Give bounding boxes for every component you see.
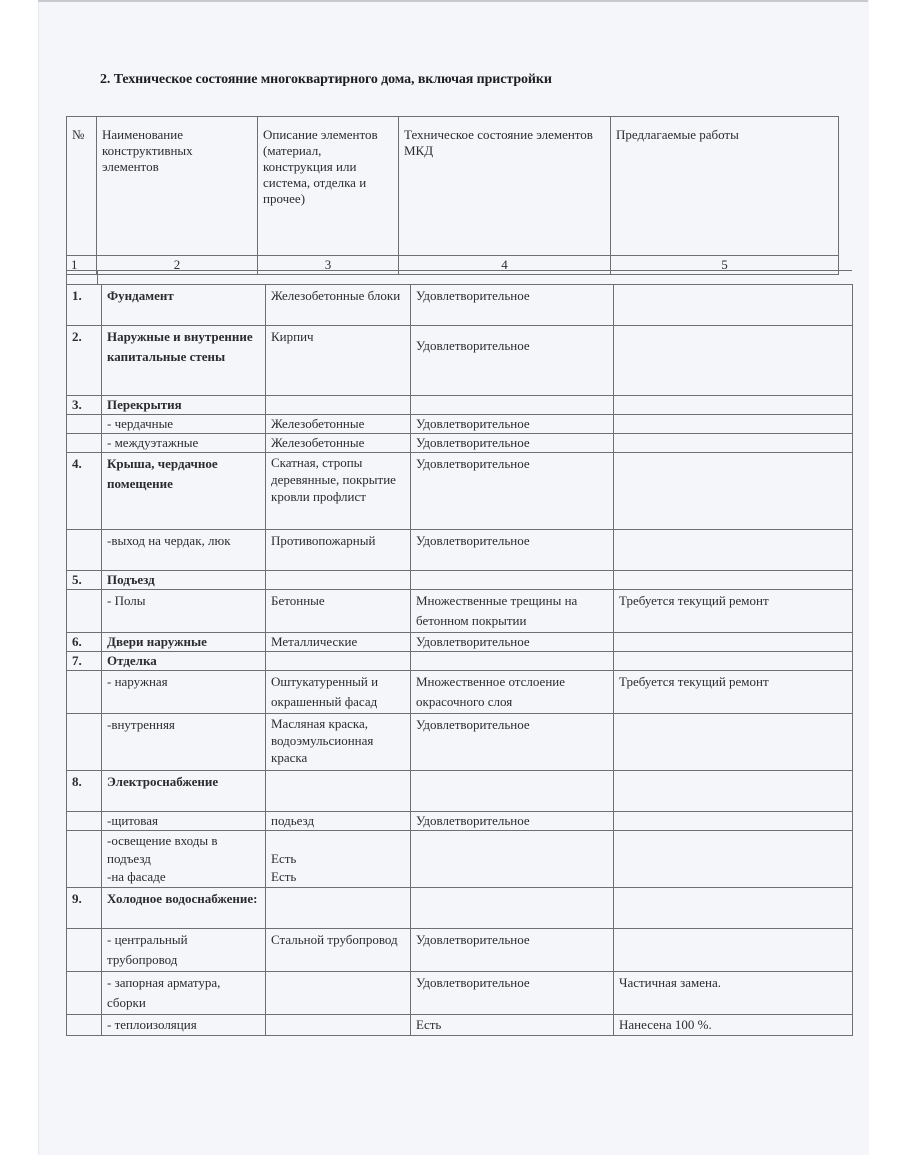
page-title: 2. Техническое состояние многоквартирног…: [100, 72, 552, 88]
element-name: - центральный трубопровод: [102, 929, 266, 972]
table-row: 2.Наружные и внутренние капитальные стен…: [67, 326, 853, 396]
element-description: ЕстьЕсть: [266, 831, 411, 888]
element-condition: [411, 831, 614, 888]
element-description: [266, 771, 411, 812]
proposed-works: [614, 888, 853, 929]
table-row: - ПолыБетонныеМножественные трещины на б…: [67, 590, 853, 633]
column-number-row: 1 2 3 4 5: [67, 256, 839, 275]
table-divider: [66, 270, 852, 271]
table-row: -внутренняяМасляная краска, водоэмульсио…: [67, 714, 853, 771]
element-condition: Удовлетворительное: [411, 453, 614, 530]
element-description: подьезд: [266, 812, 411, 831]
table-row: - запорная арматура, сборкиУдовлетворите…: [67, 972, 853, 1015]
proposed-works: [614, 571, 853, 590]
row-number: [67, 671, 102, 714]
row-number: [67, 812, 102, 831]
table-row: -выход на чердак, люкПротивопожарныйУдов…: [67, 530, 853, 571]
element-condition: Удовлетворительное: [411, 530, 614, 571]
row-number: 4.: [67, 453, 102, 530]
table-row: - центральный трубопроводСтальной трубоп…: [67, 929, 853, 972]
element-description: Бетонные: [266, 590, 411, 633]
element-condition: [411, 771, 614, 812]
element-description: [266, 888, 411, 929]
header-cell-name: Наименование конструктивных элементов: [97, 117, 258, 256]
element-description: Стальной трубопровод: [266, 929, 411, 972]
header-cell-condition: Техническое состояние элементов МКД: [399, 117, 611, 256]
proposed-works: [614, 530, 853, 571]
element-description: Оштукатуренный и окрашенный фасад: [266, 671, 411, 714]
element-condition: Удовлетворительное: [411, 415, 614, 434]
table-gap-row: [66, 270, 98, 284]
element-name: - запорная арматура, сборки: [102, 972, 266, 1015]
proposed-works: [614, 831, 853, 888]
proposed-works: Нанесена 100 %.: [614, 1015, 853, 1036]
proposed-works: [614, 453, 853, 530]
row-number: [67, 714, 102, 771]
proposed-works: [614, 633, 853, 652]
element-name: Двери наружные: [102, 633, 266, 652]
proposed-works: Требуется текущий ремонт: [614, 590, 853, 633]
header-cell-works: Предлагаемые работы: [611, 117, 839, 256]
element-name: - междуэтажные: [102, 434, 266, 453]
header-cell-description: Описание элементов (материал, конструкци…: [258, 117, 399, 256]
element-condition: Множественные трещины на бетонном покрыт…: [411, 590, 614, 633]
table-row: 6.Двери наружныеМеталлическиеУдовлетвори…: [67, 633, 853, 652]
header-cell-num: №: [67, 117, 97, 256]
element-condition: Удовлетворительное: [411, 326, 614, 396]
element-description: [266, 972, 411, 1015]
element-description: [266, 571, 411, 590]
element-condition: Удовлетворительное: [411, 434, 614, 453]
row-number: 7.: [67, 652, 102, 671]
element-condition: Удовлетворительное: [411, 714, 614, 771]
row-number: 1.: [67, 285, 102, 326]
proposed-works: [614, 714, 853, 771]
proposed-works: [614, 434, 853, 453]
row-number: [67, 434, 102, 453]
element-description: Противопожарный: [266, 530, 411, 571]
table-row: 3.Перекрытия: [67, 396, 853, 415]
row-number: 2.: [67, 326, 102, 396]
table-row: 1.ФундаментЖелезобетонные блокиУдовлетво…: [67, 285, 853, 326]
table-header: № Наименование конструктивных элементов …: [66, 116, 839, 275]
element-description: Железобетонные: [266, 415, 411, 434]
element-name: Фундамент: [102, 285, 266, 326]
element-name: - теплоизоляция: [102, 1015, 266, 1036]
proposed-works: Частичная замена.: [614, 972, 853, 1015]
element-description: [266, 396, 411, 415]
element-description: Металлические: [266, 633, 411, 652]
element-condition: [411, 571, 614, 590]
element-description: Масляная краска, водоэмульсионная краска: [266, 714, 411, 771]
proposed-works: [614, 812, 853, 831]
element-condition: [411, 652, 614, 671]
element-name: Подъезд: [102, 571, 266, 590]
row-number: [67, 972, 102, 1015]
proposed-works: [614, 771, 853, 812]
element-condition: Есть: [411, 1015, 614, 1036]
element-condition: Удовлетворительное: [411, 972, 614, 1015]
element-name: -выход на чердак, люк: [102, 530, 266, 571]
element-condition: Удовлетворительное: [411, 285, 614, 326]
element-name: -внутренняя: [102, 714, 266, 771]
element-condition: Удовлетворительное: [411, 812, 614, 831]
element-description: Железобетонные: [266, 434, 411, 453]
header-row: № Наименование конструктивных элементов …: [67, 117, 839, 256]
element-name: - чердачные: [102, 415, 266, 434]
proposed-works: [614, 326, 853, 396]
row-number: [67, 1015, 102, 1036]
element-name: - Полы: [102, 590, 266, 633]
table-row: 5.Подъезд: [67, 571, 853, 590]
proposed-works: Требуется текущий ремонт: [614, 671, 853, 714]
element-name: Электроснабжение: [102, 771, 266, 812]
element-condition: [411, 396, 614, 415]
element-description: Кирпич: [266, 326, 411, 396]
element-description: [266, 652, 411, 671]
element-name: Крыша, чердачное помещение: [102, 453, 266, 530]
table-row: 7.Отделка: [67, 652, 853, 671]
table-row: 8.Электроснабжение: [67, 771, 853, 812]
element-name: Холодное водоснабжение:: [102, 888, 266, 929]
column-number: 3: [258, 256, 399, 275]
page-edge: [38, 0, 868, 2]
element-condition: Удовлетворительное: [411, 633, 614, 652]
column-number: 5: [611, 256, 839, 275]
row-number: [67, 530, 102, 571]
element-condition: Удовлетворительное: [411, 929, 614, 972]
row-number: 3.: [67, 396, 102, 415]
row-number: [67, 415, 102, 434]
table-row: 4.Крыша, чердачное помещениеСкатная, стр…: [67, 453, 853, 530]
row-number: 6.: [67, 633, 102, 652]
row-number: [67, 929, 102, 972]
row-number: 5.: [67, 571, 102, 590]
element-name: - наружная: [102, 671, 266, 714]
element-description: Скатная, стропы деревянные, покрытие кро…: [266, 453, 411, 530]
row-number: [67, 590, 102, 633]
table-row: 9.Холодное водоснабжение:: [67, 888, 853, 929]
element-condition: Множественное отслоение окрасочного слоя: [411, 671, 614, 714]
proposed-works: [614, 285, 853, 326]
element-description: Железобетонные блоки: [266, 285, 411, 326]
table-row: - чердачныеЖелезобетонныеУдовлетворитель…: [67, 415, 853, 434]
proposed-works: [614, 652, 853, 671]
proposed-works: [614, 415, 853, 434]
table-row: - наружнаяОштукатуренный и окрашенный фа…: [67, 671, 853, 714]
element-name: Наружные и внутренние капитальные стены: [102, 326, 266, 396]
table-row: -щитоваяподьездУдовлетворительное: [67, 812, 853, 831]
row-number: [67, 831, 102, 888]
column-number: 4: [399, 256, 611, 275]
element-condition: [411, 888, 614, 929]
row-number: 9.: [67, 888, 102, 929]
row-number: 8.: [67, 771, 102, 812]
table-row: - междуэтажныеЖелезобетонныеУдовлетворит…: [67, 434, 853, 453]
element-description: [266, 1015, 411, 1036]
table-body: 1.ФундаментЖелезобетонные блокиУдовлетво…: [66, 284, 853, 1036]
column-number: 2: [97, 256, 258, 275]
element-name: -освещение входы в подъезд-на фасаде: [102, 831, 266, 888]
element-name: -щитовая: [102, 812, 266, 831]
table-row: - теплоизоляцияЕстьНанесена 100 %.: [67, 1015, 853, 1036]
proposed-works: [614, 929, 853, 972]
proposed-works: [614, 396, 853, 415]
table-row: -освещение входы в подъезд-на фасадеЕсть…: [67, 831, 853, 888]
element-name: Перекрытия: [102, 396, 266, 415]
element-name: Отделка: [102, 652, 266, 671]
